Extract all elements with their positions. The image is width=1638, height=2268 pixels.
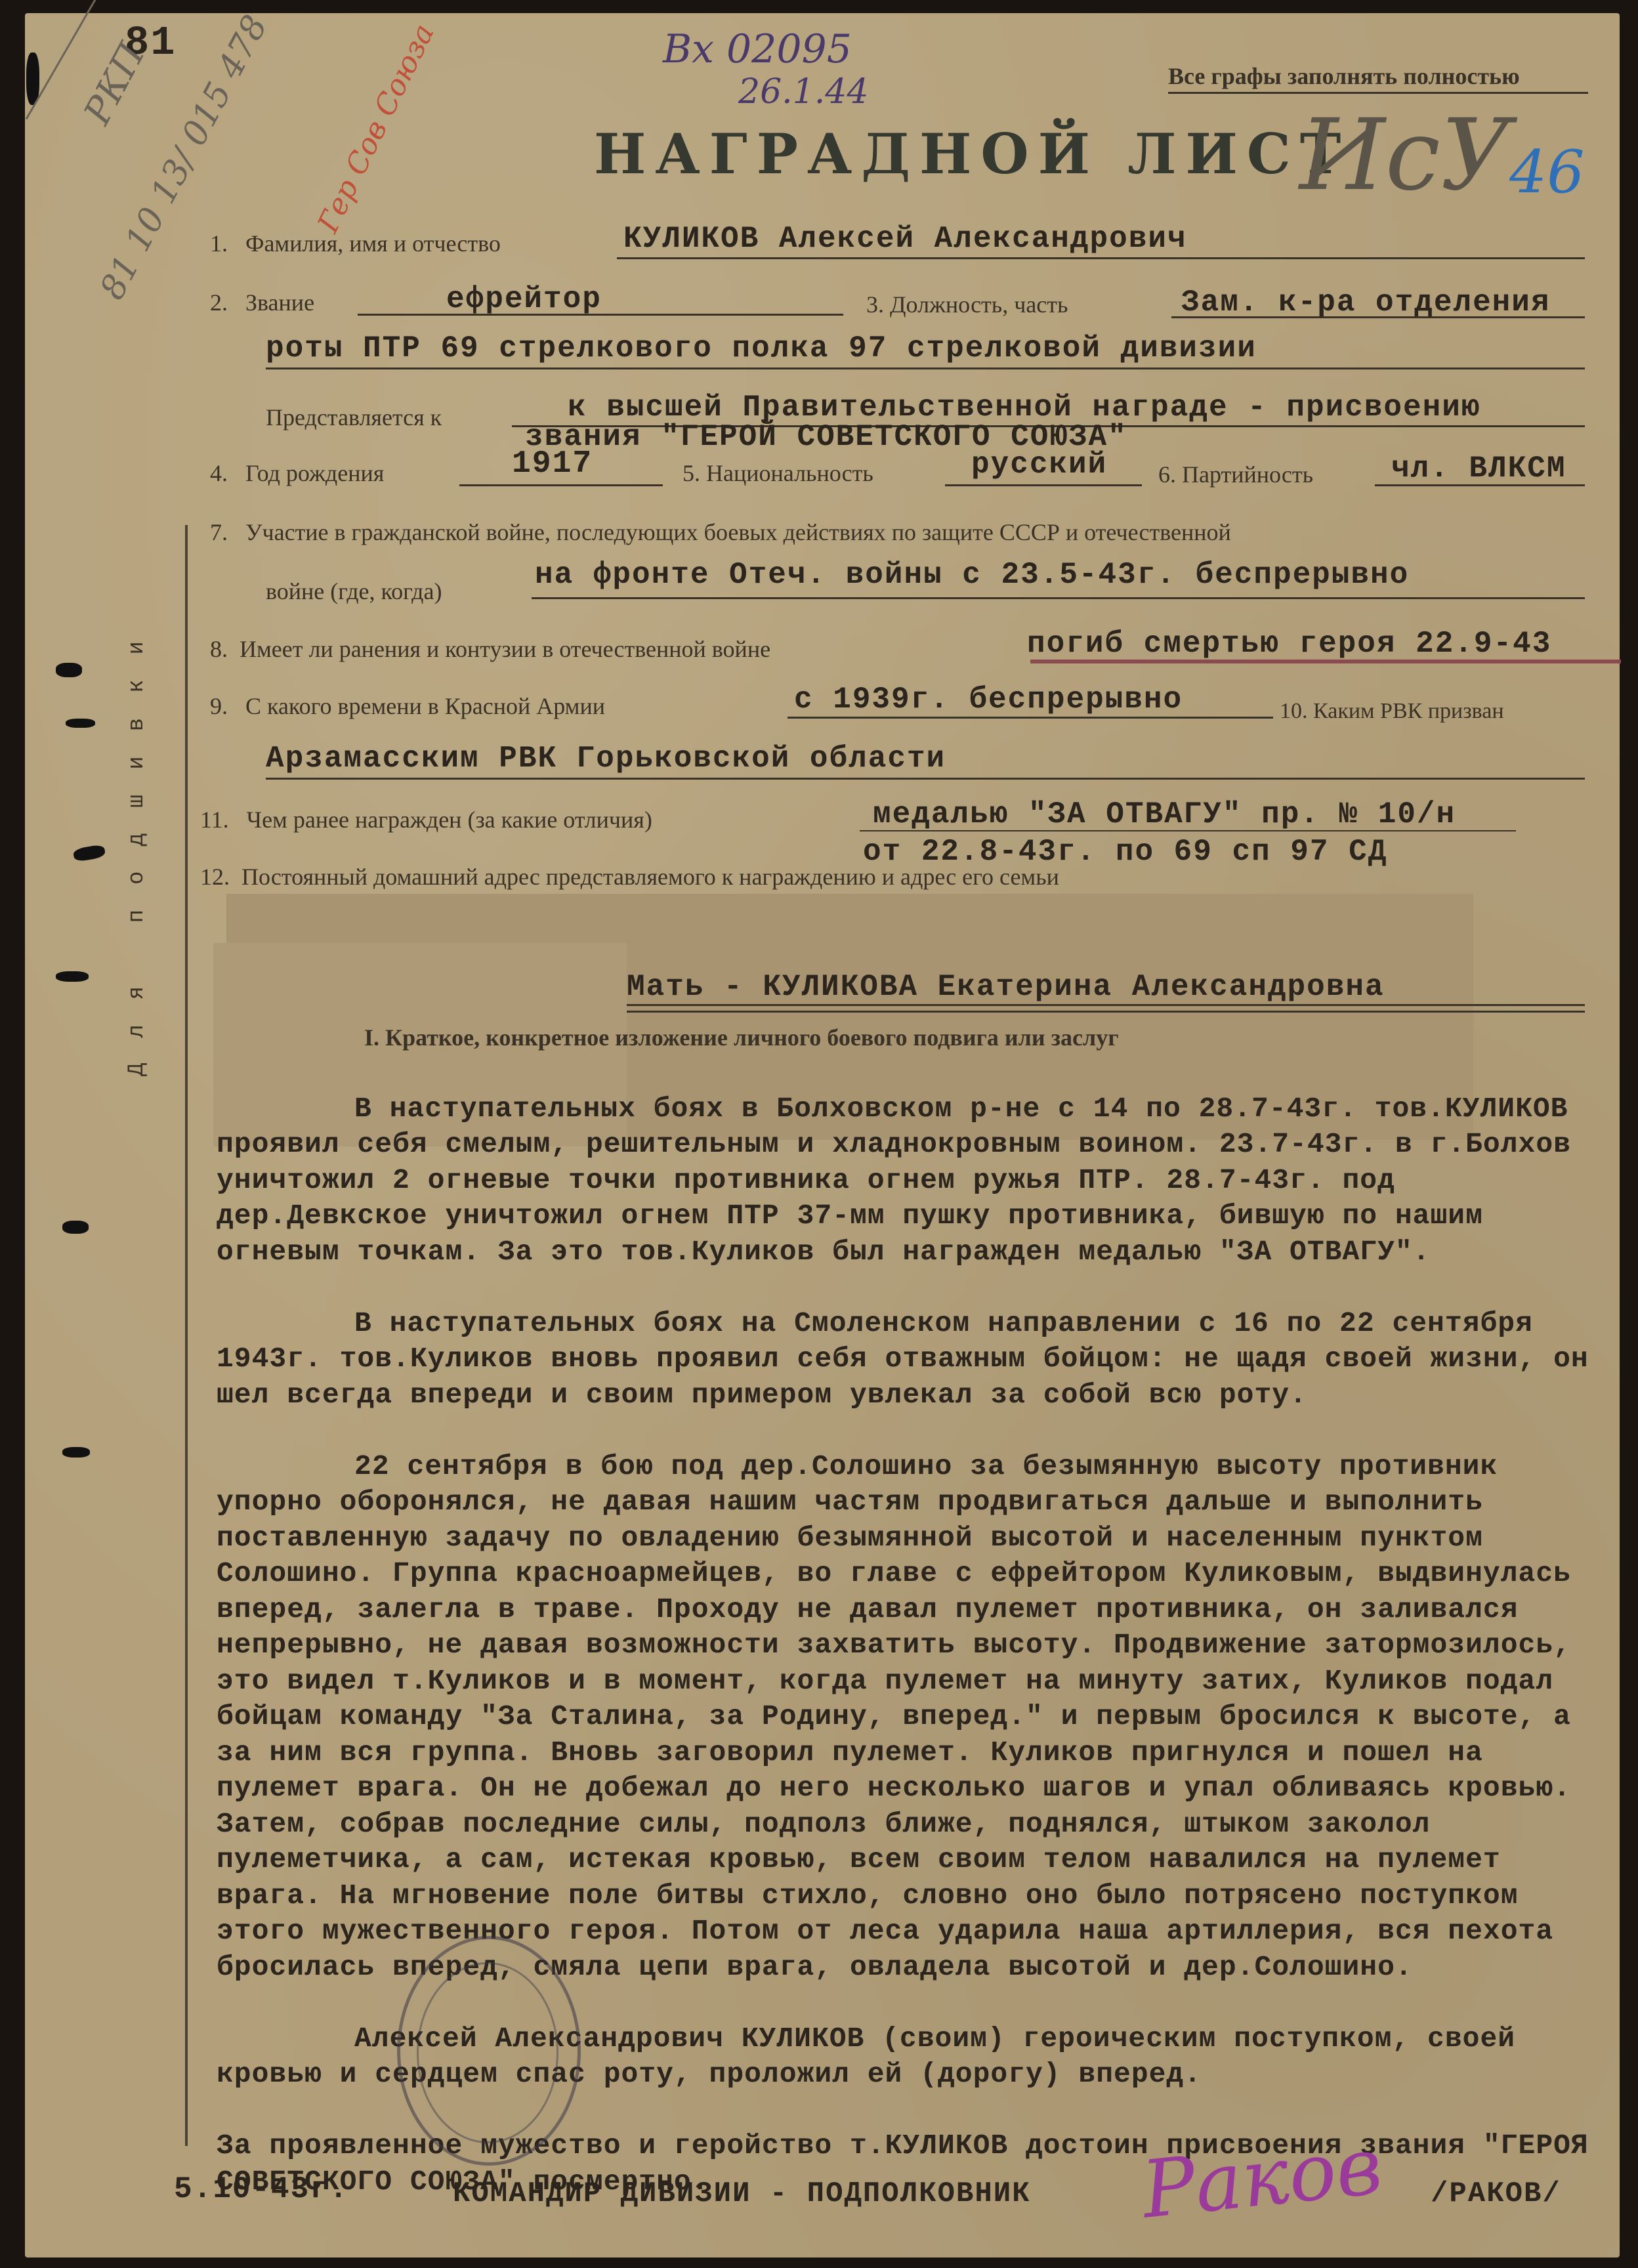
field-12-underline — [627, 1004, 1585, 1006]
punch-hole — [66, 719, 95, 728]
punch-hole — [62, 1447, 90, 1458]
nominated-label: Представляется к — [266, 404, 442, 431]
punch-hole — [56, 663, 82, 677]
field-3-underline-2 — [266, 367, 1585, 369]
incoming-date: 26.1.44 — [738, 72, 868, 112]
field-8-value: погиб смертью героя 22.9-43 — [1027, 627, 1551, 661]
field-3-value-cont: роты ПТР 69 стрелкового полка 97 стрелко… — [266, 331, 1257, 366]
field-7-label-cont: войне (где, когда) — [266, 577, 442, 605]
field-1-label: 1. Фамилия, имя и отчество — [210, 230, 501, 257]
field-12-underline-2 — [627, 1011, 1585, 1013]
field-7-underline — [532, 597, 1585, 599]
field-9-underline — [787, 717, 1273, 719]
field-1-underline — [617, 257, 1585, 259]
narrative-paragraph: 22 сентября в бою под дер.Солошино за бе… — [217, 1449, 1601, 1986]
field-10-value: Арзамасским РВК Горьковской области — [266, 742, 946, 776]
punch-hole — [56, 971, 89, 982]
field-3-underline — [1171, 316, 1585, 318]
corner-mark-isu: ИсУ — [1299, 98, 1511, 213]
field-2-label: 2. Звание — [210, 289, 314, 316]
margin-line — [185, 525, 188, 2146]
field-9-label: 9. С какого времени в Красной Армии — [210, 692, 605, 720]
field-11-label: 11. Чем ранее награжден (за какие отличи… — [200, 806, 652, 833]
official-seal-inner — [417, 1962, 558, 2143]
field-7-label: 7. Участие в гражданской войне, последую… — [210, 518, 1231, 546]
narrative-paragraph: В наступательных боях на Смоленском напр… — [217, 1306, 1601, 1414]
signatory-name: /РАКОВ/ — [1431, 2177, 1561, 2210]
field-7-value: на фронте Отеч. войны с 23.5-43г. беспре… — [535, 558, 1409, 592]
field-8-red-underline — [1030, 660, 1621, 663]
field-2-value: ефрейтор — [446, 282, 602, 316]
binding-margin-label: Для подшивки — [125, 538, 150, 1076]
corner-mark-46: 46 — [1509, 138, 1585, 207]
section-heading: I. Краткое, конкретное изложение личного… — [364, 1024, 1119, 1051]
field-4-underline — [459, 484, 663, 486]
field-2-underline — [358, 314, 843, 316]
signatory-title: КОМАНДИР ДИВИЗИИ - ПОДПОЛКОВНИК — [453, 2177, 1031, 2210]
field-6-label: 6. Партийность — [1158, 461, 1313, 488]
field-12-label: 12. Постоянный домашний адрес представля… — [200, 863, 1059, 891]
field-4-label: 4. Год рождения — [210, 459, 384, 487]
page-title: НАГРАДНОЙ ЛИСТ — [594, 121, 1350, 186]
fill-notice: Все графы заполнять полностью — [1168, 62, 1520, 90]
field-3-label: 3. Должность, часть — [866, 291, 1068, 318]
field-8-label: 8. Имеет ли ранения и контузии в отечест… — [210, 635, 770, 663]
field-9-value: с 1939г. беспрерывно — [794, 682, 1183, 717]
footer-date: 5.10-43г. — [174, 2172, 348, 2206]
fill-notice-underline — [1168, 92, 1588, 94]
field-3-value: Зам. к-ра отделения — [1181, 285, 1551, 320]
field-4-value: 1917 — [512, 446, 593, 482]
field-5-label: 5. Национальность — [682, 459, 873, 487]
punch-hole — [62, 1221, 89, 1234]
field-1-value: КУЛИКОВ Алексей Александрович — [623, 222, 1187, 256]
field-12-family: Мать - КУЛИКОВА Екатерина Александровна — [627, 970, 1385, 1004]
field-11-underline — [860, 830, 1516, 831]
field-11-value: медалью "ЗА ОТВАГУ" пр. № 10/н — [873, 797, 1456, 831]
field-10-label: 10. Каким РВК призван — [1280, 699, 1504, 724]
field-5-value: русский — [971, 448, 1107, 482]
field-10-underline — [266, 778, 1585, 780]
narrative-paragraph: В наступательных боях в Болховском р-не … — [217, 1091, 1601, 1270]
field-6-value: чл. ВЛКСМ — [1391, 451, 1566, 486]
field-6-underline — [1375, 484, 1585, 486]
incoming-number: Вх 02095 — [663, 26, 852, 72]
field-5-underline — [945, 484, 1142, 486]
